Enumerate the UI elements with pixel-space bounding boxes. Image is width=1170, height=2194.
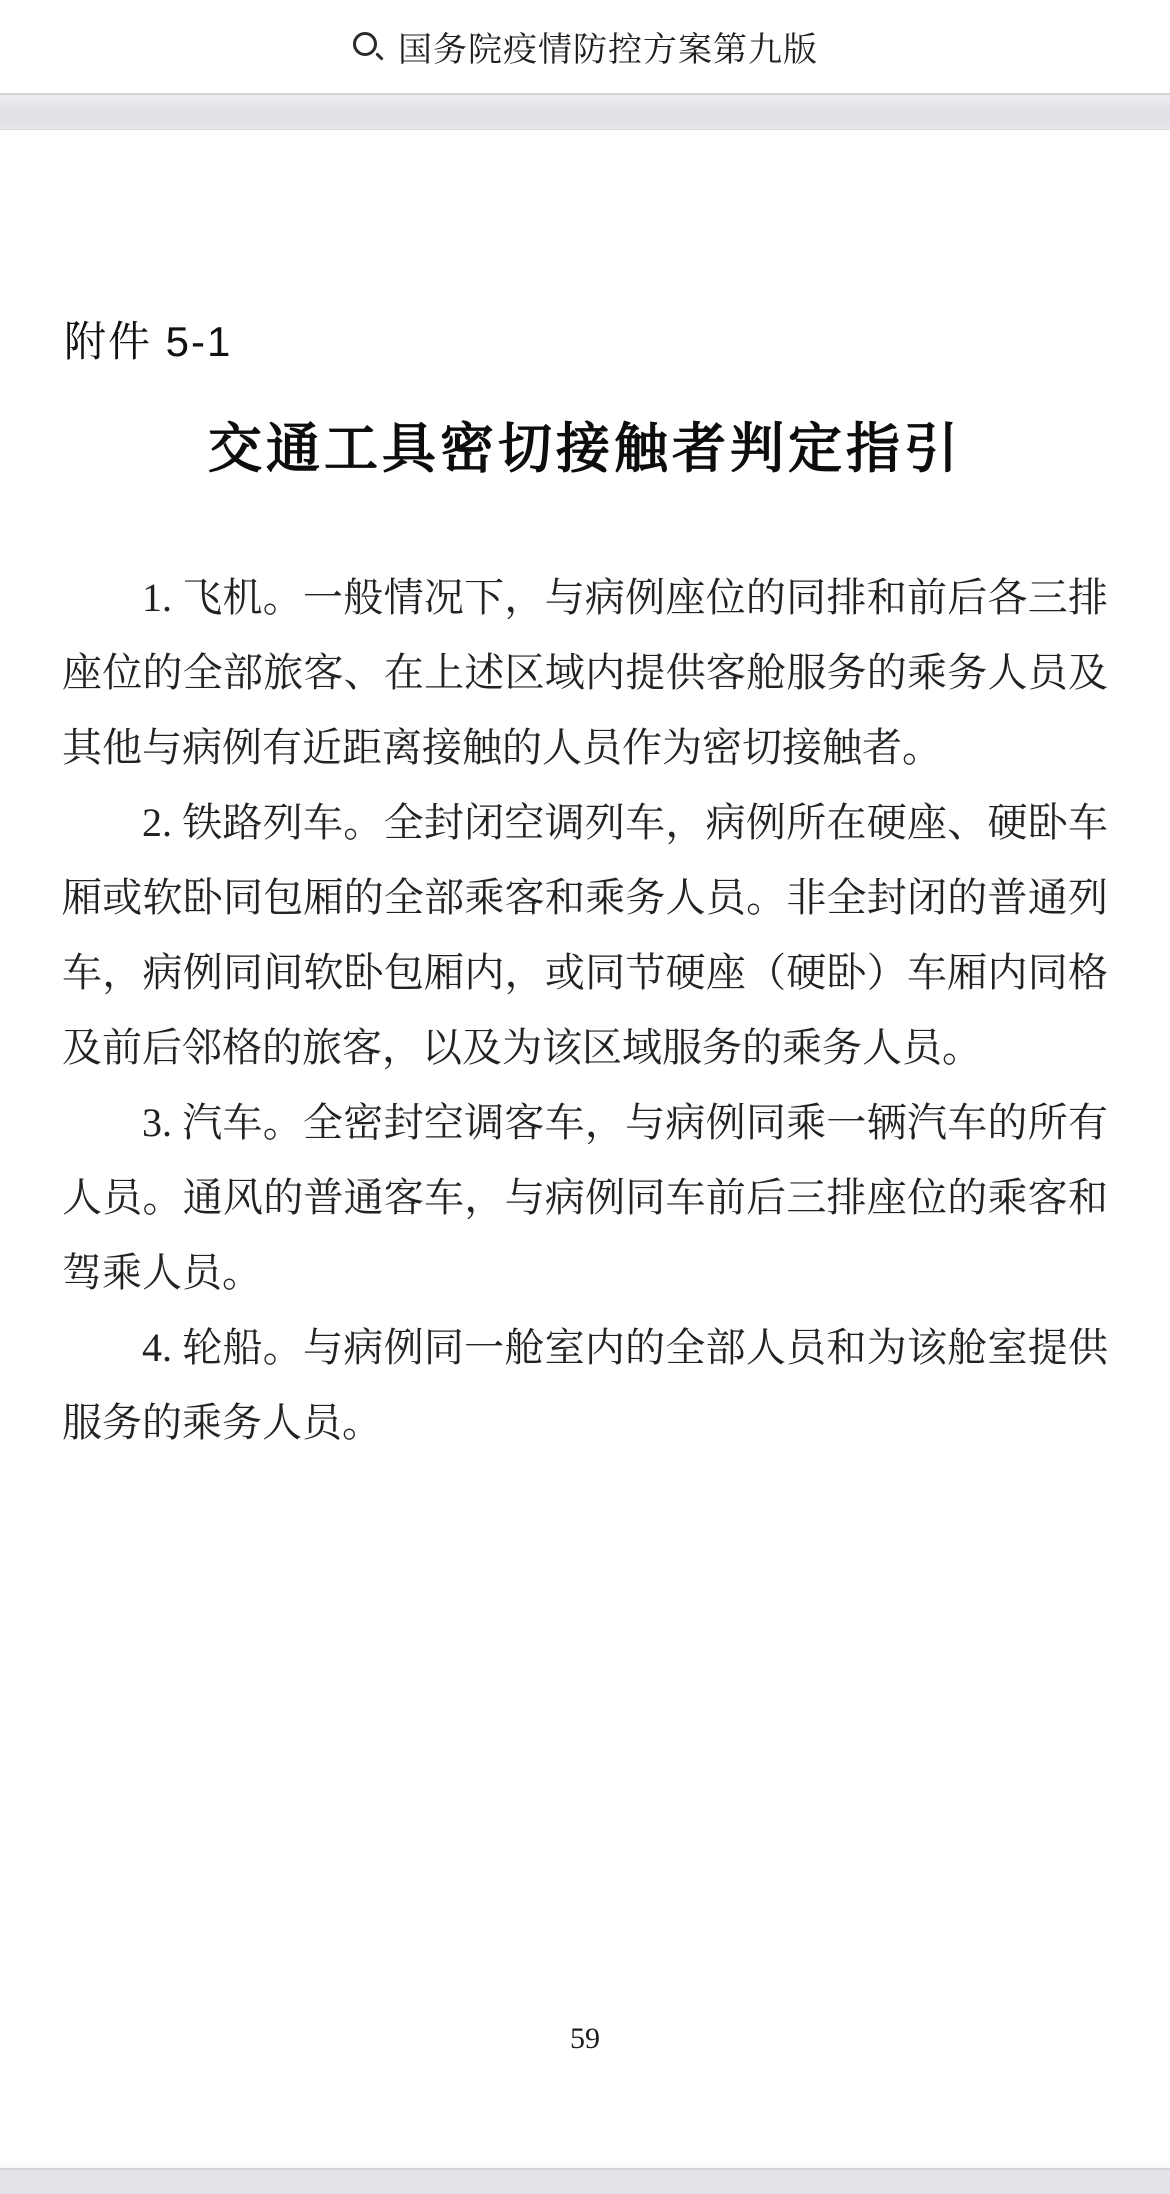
- attachment-label: 附件 5-1: [64, 318, 232, 366]
- page-number: 59: [0, 2020, 1170, 2058]
- body-line: 及前后邻格的旅客，以及为该区域服务的乘务人员。: [62, 1010, 1108, 1085]
- body-line: 车，病例同间软卧包厢内，或同节硬座（硬卧）车厢内同格: [62, 935, 1108, 1010]
- document-viewer-screen: 国务院疫情防控方案第九版 附件 5-1 交通工具密切接触者判定指引 1. 飞机。…: [0, 0, 1170, 2194]
- search-bar-label: 国务院疫情防控方案第九版: [398, 22, 818, 71]
- body-line: 3. 汽车。全密封空调客车，与病例同乘一辆汽车的所有: [62, 1085, 1108, 1160]
- document-title: 交通工具密切接触者判定指引: [0, 418, 1170, 480]
- body-line: 座位的全部旅客、在上述区域内提供客舱服务的乘务人员及: [62, 635, 1108, 710]
- search-icon-lens: [353, 32, 377, 56]
- body-line: 驾乘人员。: [62, 1235, 1108, 1310]
- body-line: 1. 飞机。一般情况下，与病例座位的同排和前后各三排: [62, 560, 1108, 635]
- body-line: 服务的乘务人员。: [62, 1385, 1108, 1460]
- body-line: 4. 轮船。与病例同一舱室内的全部人员和为该舱室提供: [62, 1310, 1108, 1385]
- body-line: 人员。通风的普通客车，与病例同车前后三排座位的乘客和: [62, 1160, 1108, 1235]
- document-body: 1. 飞机。一般情况下，与病例座位的同排和前后各三排 座位的全部旅客、在上述区域…: [62, 560, 1108, 1460]
- body-line: 厢或软卧同包厢的全部乘客和乘务人员。非全封闭的普通列: [62, 860, 1108, 935]
- document-page: 附件 5-1 交通工具密切接触者判定指引 1. 飞机。一般情况下，与病例座位的同…: [0, 130, 1170, 2168]
- body-line: 2. 铁路列车。全封闭空调列车，病例所在硬座、硬卧车: [62, 785, 1108, 860]
- page-gap-bottom: [0, 2163, 1170, 2194]
- page-gap-top: [0, 93, 1170, 130]
- search-bar[interactable]: 国务院疫情防控方案第九版: [0, 0, 1170, 93]
- body-line: 其他与病例有近距离接触的人员作为密切接触者。: [62, 710, 1108, 785]
- search-icon-handle: [375, 52, 383, 60]
- search-icon: [352, 31, 384, 63]
